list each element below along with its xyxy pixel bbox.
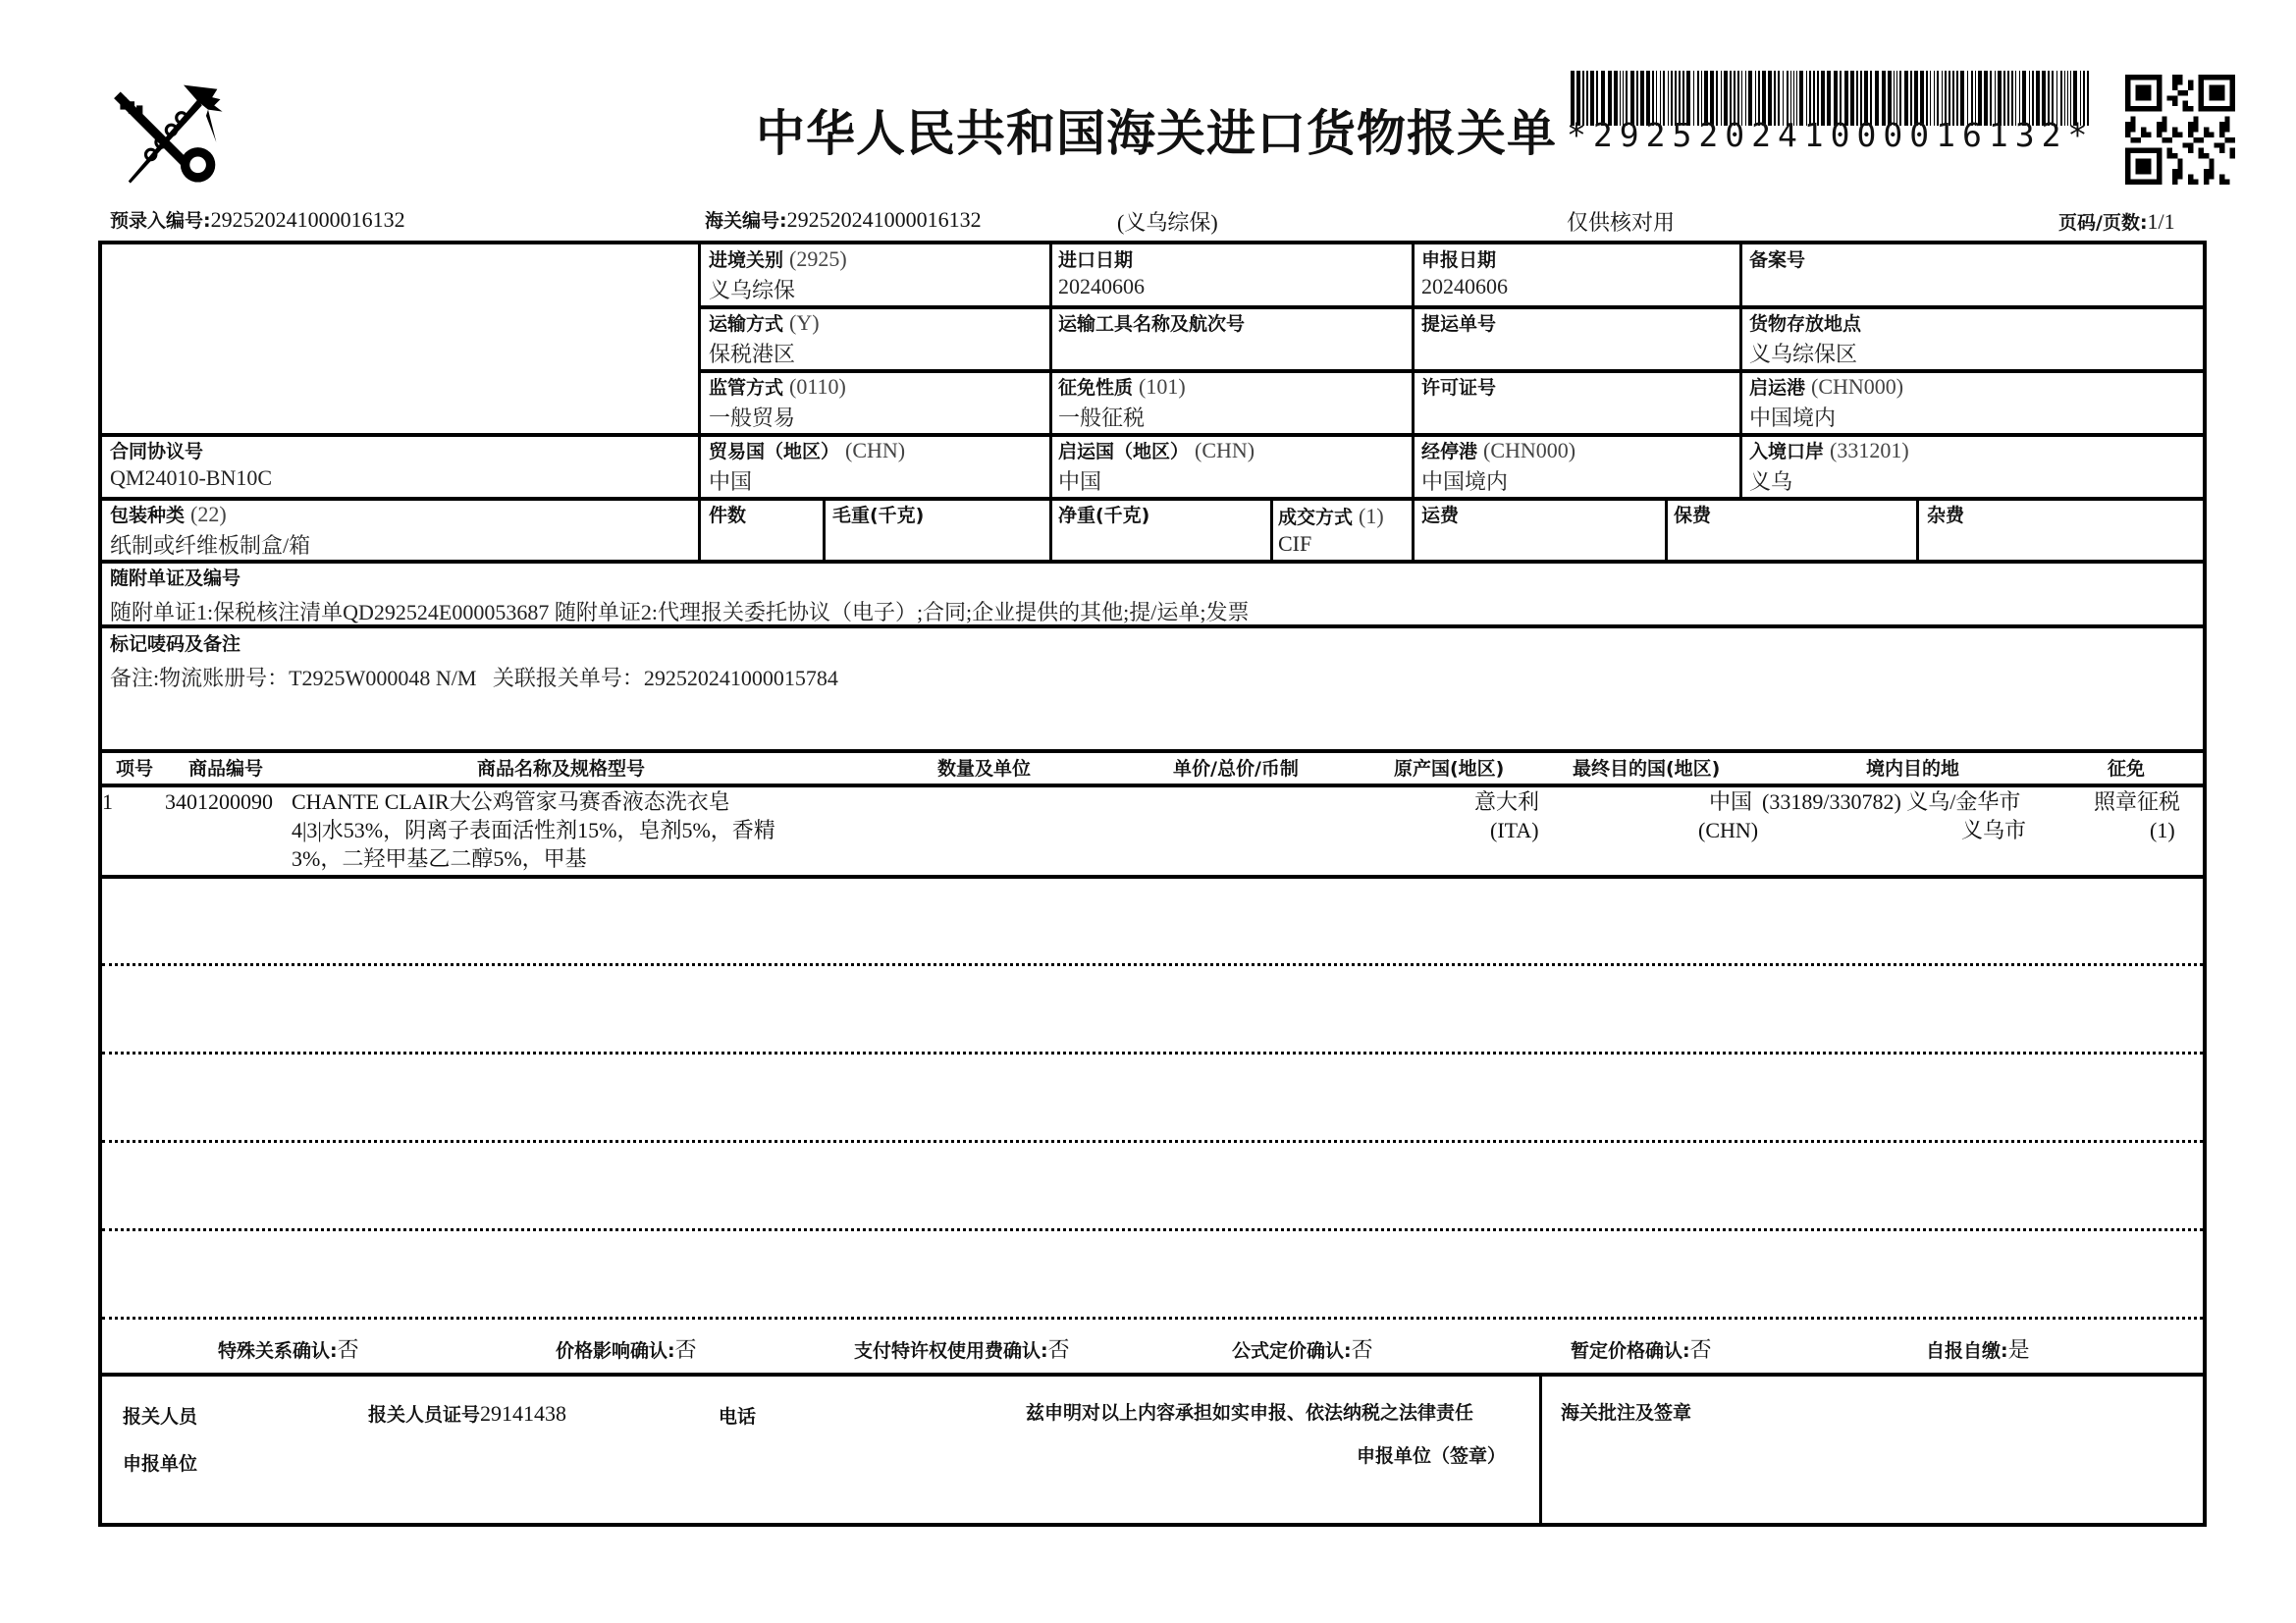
customs-office: (义乌综保) <box>1117 206 1218 237</box>
field-storage-place: 货物存放地点 义乌综保区 <box>1749 309 1861 368</box>
declaring-unit-seal: 申报单位（签章） <box>1357 1441 1506 1468</box>
self-declare-self-pay: 自报自缴:是 <box>1926 1333 2030 1364</box>
field-record-no: 备案号 <box>1749 245 1805 274</box>
col-tax: 征免 <box>2108 754 2145 781</box>
declaring-unit-label: 申报单位 <box>123 1449 197 1476</box>
field-gross-weight: 毛重(千克) <box>832 501 924 529</box>
field-declare-date: 申报日期 20240606 <box>1421 245 1508 299</box>
confirm-special-relationship: 特殊关系确认:否 <box>218 1333 359 1364</box>
field-package-type: 包装种类(22) 纸制或纤维板制盒/箱 <box>110 501 310 560</box>
declaration-statement: 兹申明对以上内容承担如实申报、依法纳税之法律责任 <box>1026 1398 1473 1425</box>
field-tax-nature: 征免性质(101) 一般征税 <box>1058 373 1186 432</box>
col-domestic-destination: 境内目的地 <box>1866 754 1959 781</box>
confirm-provisional-price: 暂定价格确认:否 <box>1571 1333 1712 1364</box>
confirm-formula-pricing: 公式定价确认:否 <box>1232 1333 1373 1364</box>
field-entry-port: 入境口岸(331201) 义乌 <box>1749 437 1909 496</box>
origin-code: (ITA) <box>1490 816 1539 844</box>
field-remarks: 标记唛码及备注 备注:物流账册号：T2925W000048 N/M 关联报关单号… <box>110 629 838 692</box>
field-insurance: 保费 <box>1674 501 1711 529</box>
barcode-number: *292520241000016132* <box>1567 116 2094 154</box>
col-final-destination: 最终目的国(地区) <box>1573 754 1720 781</box>
field-import-date: 进口日期 20240606 <box>1058 245 1145 299</box>
domestic-destination: (33189/330782) 义乌/金华市 <box>1762 787 2020 816</box>
declarant-label: 报关人员 <box>123 1402 197 1429</box>
field-bill-no: 提运单号 <box>1421 309 1496 338</box>
col-product-name: 商品名称及规格型号 <box>477 754 645 781</box>
domestic-destination-city: 义乌市 <box>1961 816 2026 844</box>
page-indicator: 页码/页数:1/1 <box>2058 208 2175 235</box>
field-vessel: 运输工具名称及航次号 <box>1058 309 1245 338</box>
item-no: 1 <box>102 787 113 816</box>
origin-country: 意大利 <box>1474 787 1539 816</box>
phone-label: 电话 <box>719 1402 756 1429</box>
tax-code: (1) <box>2150 816 2175 844</box>
confirm-price-influence: 价格影响确认:否 <box>556 1333 697 1364</box>
declarant-id: 报关人员证号29141438 <box>368 1400 566 1427</box>
hs-code: 3401200090 <box>165 787 273 816</box>
product-name-line2: 4|3|水53%，阴离子表面活性剂15%，皂剂5%，香精 <box>292 816 775 844</box>
pre-entry-number: 预录入编号:292520241000016132 <box>110 206 405 233</box>
tax-method: 照章征税 <box>2094 787 2180 816</box>
customs-emblem-logo <box>110 71 233 193</box>
customs-number: 海关编号:292520241000016132 <box>705 206 982 233</box>
field-attached-documents: 随附单证及编号 随附单证1:保税核注清单QD292524E000053687 随… <box>110 564 1250 626</box>
key-caduceus-icon <box>110 71 233 193</box>
field-freight: 运费 <box>1421 501 1459 529</box>
product-name-line3: 3%，二羟甲基乙二醇5%，甲基 <box>292 844 587 873</box>
field-trade-country: 贸易国（地区）(CHN) 中国 <box>709 437 905 496</box>
qr-code-icon <box>2125 75 2235 185</box>
field-supervision: 监管方式(0110) 一般贸易 <box>709 373 846 432</box>
col-price: 单价/总价/币制 <box>1173 754 1299 781</box>
field-transaction-mode: 成交方式(1) CIF <box>1278 503 1384 557</box>
field-departure-port: 启运港(CHN000) 中国境内 <box>1749 373 1903 432</box>
field-pieces: 件数 <box>709 501 746 529</box>
qr-code <box>2125 75 2235 185</box>
field-transit-port: 经停港(CHN000) 中国境内 <box>1421 437 1575 496</box>
col-hs-code: 商品编号 <box>188 754 263 781</box>
confirm-royalty-payment: 支付特许权使用费确认:否 <box>854 1333 1070 1364</box>
field-contract-no: 合同协议号 QM24010-BN10C <box>110 437 272 491</box>
col-item-no: 项号 <box>116 754 153 781</box>
destination-code: (CHN) <box>1698 816 1758 844</box>
field-misc-fee: 杂费 <box>1927 501 1964 529</box>
field-departure-country: 启运国（地区）(CHN) 中国 <box>1058 437 1255 496</box>
field-net-weight: 净重(千克) <box>1058 501 1149 529</box>
field-transport-mode: 运输方式(Y) 保税港区 <box>709 309 820 368</box>
col-quantity: 数量及单位 <box>937 754 1031 781</box>
document-title: 中华人民共和国海关进口货物报关单 <box>756 94 1557 165</box>
field-entry-customs: 进境关别(2925) 义乌综保 <box>709 245 847 304</box>
col-origin: 原产国(地区) <box>1394 754 1504 781</box>
customs-approval-seal: 海关批注及签章 <box>1561 1398 1691 1425</box>
destination-country: 中国 <box>1709 787 1752 816</box>
field-license-no: 许可证号 <box>1421 373 1496 402</box>
product-name-line1: CHANTE CLAIR大公鸡管家马赛香液态洗衣皂 <box>292 787 730 816</box>
for-verification-watermark: 仅供核对用 <box>1567 206 1675 237</box>
